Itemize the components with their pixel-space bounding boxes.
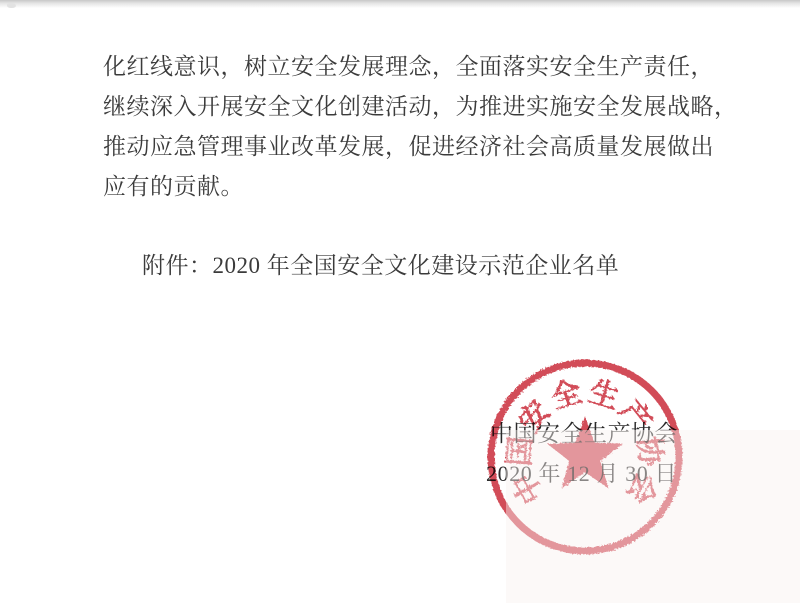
body-line: 应有的贡献。: [103, 167, 715, 207]
seal-character: 安: [513, 394, 558, 438]
seal-character: 协: [632, 435, 668, 469]
document-page: 化红线意识，树立安全发展理念，全面落实安全生产责任， 继续深入开展安全文化创建活…: [0, 0, 800, 603]
seal-character: 中: [507, 467, 550, 509]
star-icon: [547, 416, 623, 488]
seal-character: 国: [503, 435, 538, 468]
body-paragraph: 化红线意识，树立安全发展理念，全面落实安全生产责任， 继续深入开展安全文化创建活…: [103, 47, 715, 207]
body-line: 化红线意识，树立安全发展理念，全面落实安全生产责任，: [103, 47, 715, 87]
seal-character: 会: [620, 467, 663, 509]
body-line: 推动应急管理事业改革发展，促进经济社会高质量发展做出: [103, 127, 715, 167]
seal-character: 产: [613, 394, 658, 439]
page-top-shadow: [0, 0, 800, 8]
scan-artifact: [7, 3, 16, 8]
body-line: 继续深入开展安全文化创建活动，为推进实施安全发展战略，: [103, 87, 715, 127]
official-seal: 中 国 安 全 生 产 协 会: [480, 352, 690, 562]
attachment-line: 附件：2020 年全国安全文化建设示范企业名单: [142, 251, 619, 281]
seal-character: 全: [547, 375, 585, 415]
seal-character: 生: [585, 375, 623, 415]
